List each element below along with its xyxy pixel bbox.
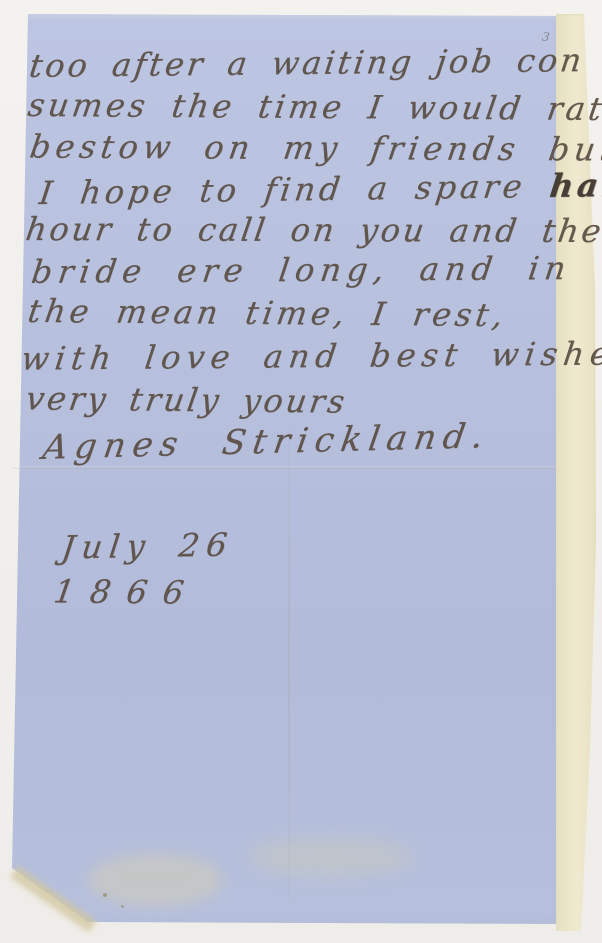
letter-line: bride ere long, and in	[29, 249, 574, 291]
letter-line-heavy-tail: hal	[548, 166, 602, 205]
letter-date-year: 1866	[51, 572, 202, 611]
ink-speck	[103, 893, 107, 897]
vertical-fold-crease	[288, 430, 290, 900]
letter-line: too after a waiting job con	[27, 41, 586, 85]
letter-line-text: I hope to find a spare	[37, 167, 552, 212]
letter-line-text: bride ere long, and in	[29, 249, 574, 291]
ink-speck	[121, 905, 124, 908]
letter-line-text: sumes the time I would rath	[25, 86, 602, 128]
letter-line: sumes the time I would rath	[25, 86, 602, 128]
letter-line: bestow on my friends but	[27, 127, 602, 168]
letter-line-text: hour to call on you and the	[23, 210, 602, 250]
letter-line: the mean time, I rest,	[25, 292, 509, 334]
letter-line-text: too after a waiting job con	[27, 41, 586, 85]
letter-line-text: the mean time, I rest,	[25, 292, 509, 334]
letter-line: hour to call on you and the	[23, 210, 602, 250]
letter-line-text: bestow on my friends but	[27, 127, 602, 168]
letter-scan: 3 too after a waiting job con sumes the …	[0, 0, 602, 943]
letter-closing: very truly yours	[23, 379, 350, 420]
letter-line: with love and best wishes	[19, 334, 602, 377]
paper-stain	[248, 838, 413, 876]
letter-line-text: with love and best wishes	[19, 334, 602, 377]
horizontal-fold-crease	[12, 466, 564, 469]
letter-date-day: July 26	[59, 526, 236, 567]
paper-stain	[88, 854, 223, 906]
letter-line: I hope to find a spare hal	[37, 166, 602, 212]
